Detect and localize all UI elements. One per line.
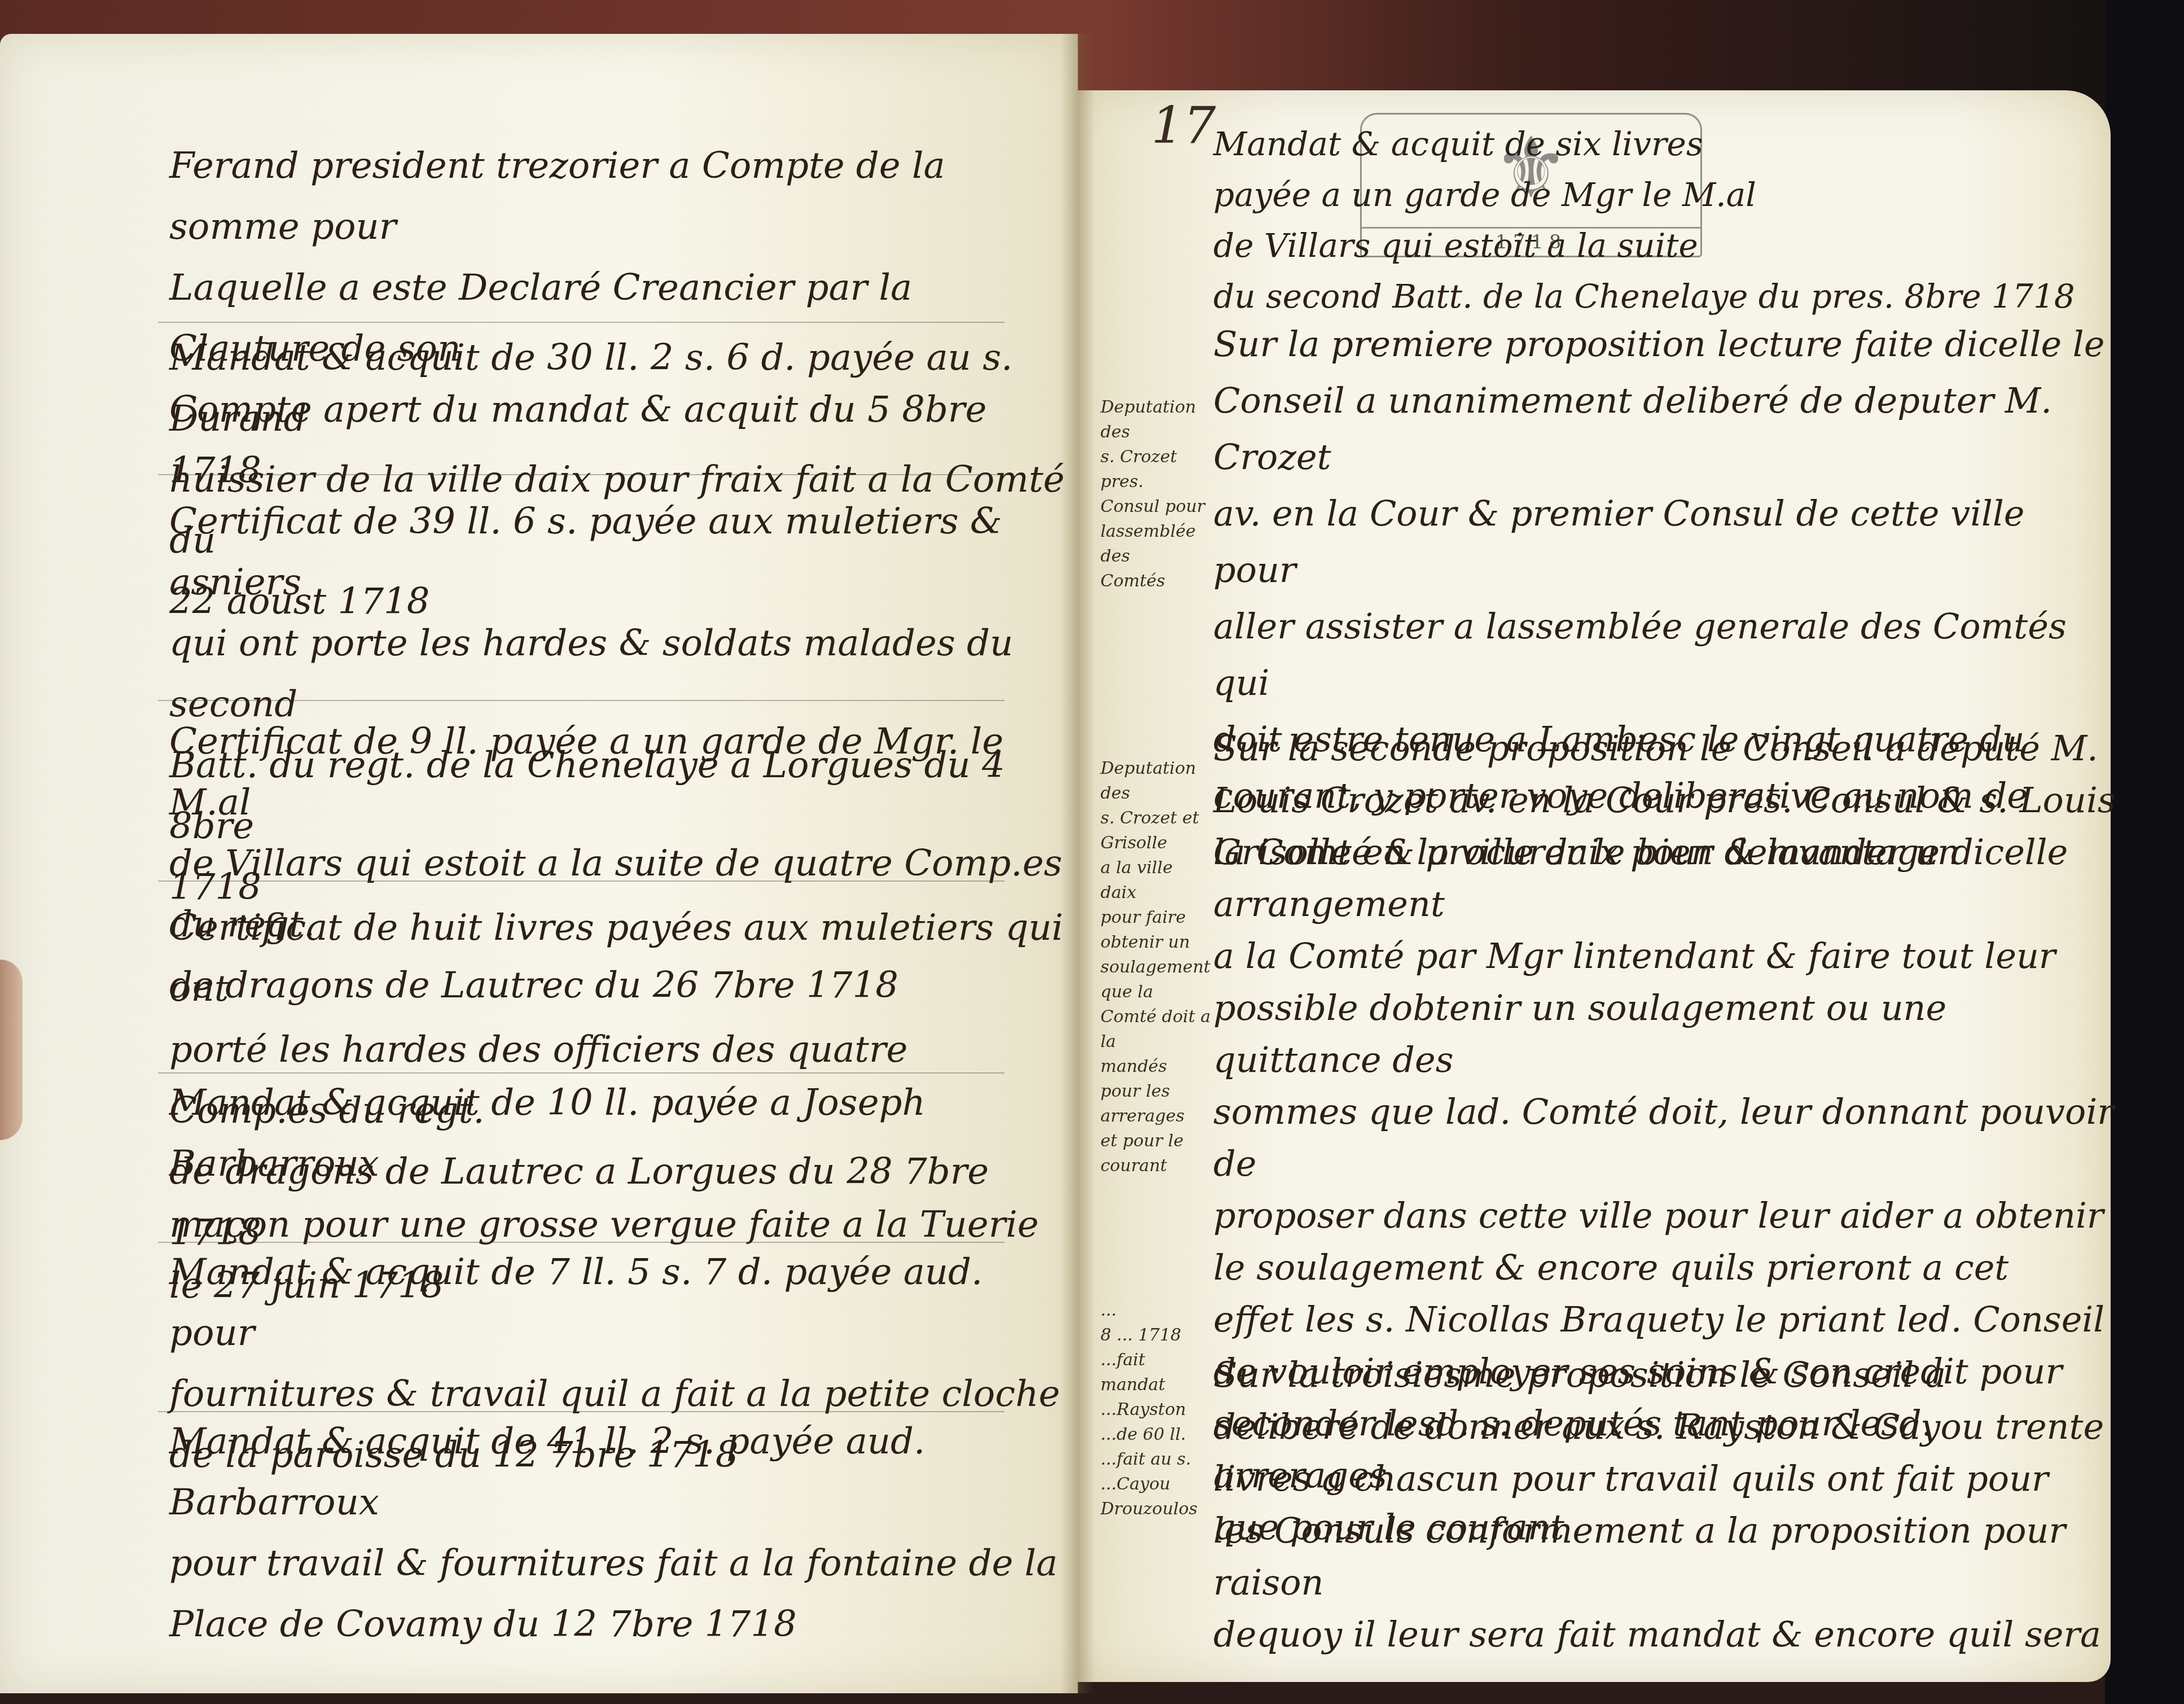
divider [158, 474, 1005, 475]
margin-note-2: Deputation des s. Crozet et Grisolle a l… [1100, 756, 1213, 1179]
left-entry-8: Mandat & acquit de 41 ll. 2 s. payée aud… [169, 1411, 1072, 1655]
margin-note-3: ... 8 ... 1718 ...fait mandat ...Rayston… [1100, 1298, 1213, 1522]
divider [158, 322, 1005, 323]
thumb [0, 960, 23, 1140]
folio-number: 17 [1151, 96, 1216, 155]
right-header-entry: Mandat & acquit de six livres payée a un… [1213, 119, 2088, 322]
divider [158, 700, 1005, 701]
dark-background [2105, 0, 2184, 1704]
margin-note-1: Deputation des s. Crozet pres. Consul po… [1100, 395, 1213, 594]
paragraph-third-proposition: Sur la troisiesme proposition le Conseil… [1213, 1349, 2116, 1661]
divider [158, 881, 1005, 882]
